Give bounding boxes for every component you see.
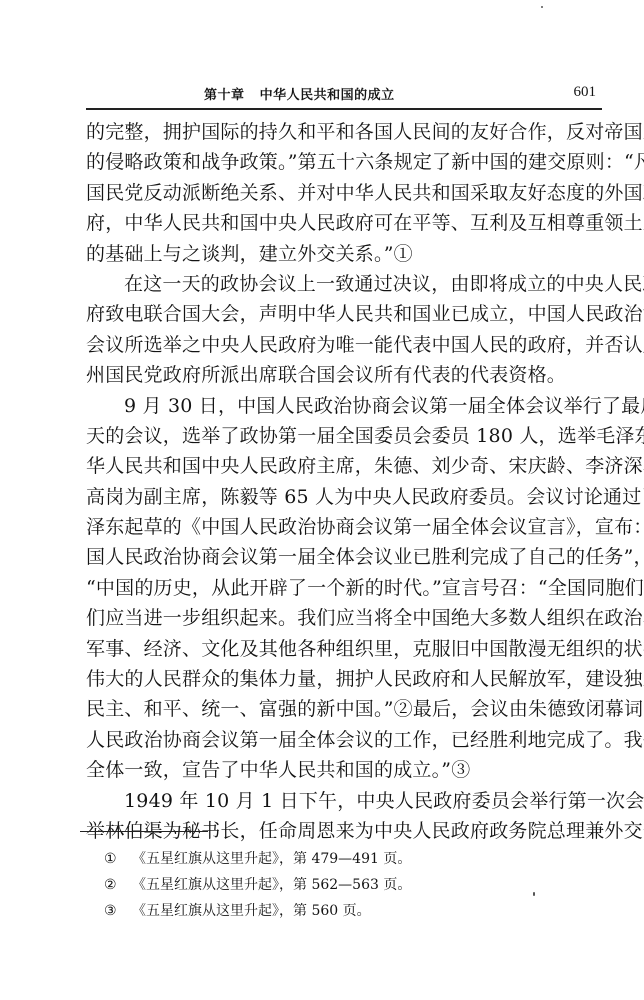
scan-speck	[541, 6, 543, 8]
text-line: 天的会议，选举了政协第一届全国委员会委员 180 人，选举毛泽东为中	[86, 421, 602, 451]
footnote-rule	[80, 831, 208, 832]
chapter-title: 第十章 中华人民共和国的成立	[204, 84, 395, 103]
footnote: ②《五星红旗从这里升起》，第 562—563 页。	[104, 872, 411, 898]
footnote-mark: ①	[104, 846, 132, 872]
footnote-text: 《五星红旗从这里升起》，第 560 页。	[132, 903, 371, 919]
text-line: 们应当进一步组织起来。我们应当将全中国绝大多数人组织在政治、	[86, 603, 602, 633]
footnote-mark: ③	[104, 898, 132, 924]
text-line: 的基础上与之谈判，建立外交关系。”①	[86, 239, 602, 269]
text-line: 华人民共和国中央人民政府主席，朱德、刘少奇、宋庆龄、李济深、张澜、	[86, 451, 602, 481]
footnote-text: 《五星红旗从这里升起》，第 479—491 页。	[132, 851, 411, 867]
header-rule	[86, 108, 602, 110]
text-line: 州国民党政府所派出席联合国会议所有代表的代表资格。	[86, 360, 602, 390]
body-text: 的完整，拥护国际的持久和平和各国人民间的友好合作，反对帝国主义的侵略政策和战争政…	[86, 117, 602, 846]
text-line: 在这一天的政协会议上一致通过决议，由即将成立的中央人民政	[86, 269, 602, 299]
footnotes: ①《五星红旗从这里升起》，第 479—491 页。②《五星红旗从这里升起》，第 …	[104, 846, 411, 924]
text-line: 的完整，拥护国际的持久和平和各国人民间的友好合作，反对帝国主义	[86, 117, 602, 147]
text-line: 民主、和平、统一、富强的新中国。”②最后，会议由朱德致闭幕词：“中国	[86, 694, 602, 724]
text-line: 1949 年 10 月 1 日下午，中央人民政府委员会举行第一次会议，选	[86, 786, 602, 816]
footnote: ③《五星红旗从这里升起》，第 560 页。	[104, 898, 411, 924]
text-line: 高岗为副主席，陈毅等 65 人为中央人民政府委员。会议讨论通过了毛	[86, 482, 602, 512]
text-line: 伟大的人民群众的集体力量，拥护人民政府和人民解放军，建设独立、	[86, 664, 602, 694]
text-line: 府，中华人民共和国中央人民政府可在平等、互利及互相尊重领土主权	[86, 208, 602, 238]
text-line: 人民政治协商会议第一届全体会议的工作，已经胜利地完成了。我们	[86, 725, 602, 755]
book-page: 第十章 中华人民共和国的成立 601 的完整，拥护国际的持久和平和各国人民间的友…	[0, 0, 644, 1000]
text-line: 会议所选举之中央人民政府为唯一能代表中国人民的政府，并否认广	[86, 330, 602, 360]
text-line: 9 月 30 日，中国人民政治协商会议第一届全体会议举行了最后一	[86, 391, 602, 421]
footnote-text: 《五星红旗从这里升起》，第 562—563 页。	[132, 877, 411, 893]
text-line: 全体一致，宣告了中华人民共和国的成立。”③	[86, 755, 602, 785]
text-line: 的侵略政策和战争政策。”第五十六条规定了新中国的建交原则：“凡与	[86, 147, 602, 177]
scan-speck	[533, 892, 535, 896]
page-number: 601	[574, 84, 597, 101]
footnote: ①《五星红旗从这里升起》，第 479—491 页。	[104, 846, 411, 872]
text-line: 泽东起草的《中国人民政治协商会议第一届全体会议宣言》，宣布：“中	[86, 512, 602, 542]
text-line: 国人民政治协商会议第一届全体会议业已胜利完成了自己的任务”，	[86, 542, 602, 572]
running-head: 第十章 中华人民共和国的成立 601	[86, 84, 602, 104]
text-line: “中国的历史，从此开辟了一个新的时代。”宣言号召：“全国同胞们，我	[86, 573, 602, 603]
text-line: 府致电联合国大会，声明中华人民共和国业已成立，中国人民政治协商	[86, 299, 602, 329]
footnote-mark: ②	[104, 872, 132, 898]
text-line: 国民党反动派断绝关系、并对中华人民共和国采取友好态度的外国政	[86, 178, 602, 208]
text-line: 军事、经济、文化及其他各种组织里，克服旧中国散漫无组织的状态，用	[86, 634, 602, 664]
